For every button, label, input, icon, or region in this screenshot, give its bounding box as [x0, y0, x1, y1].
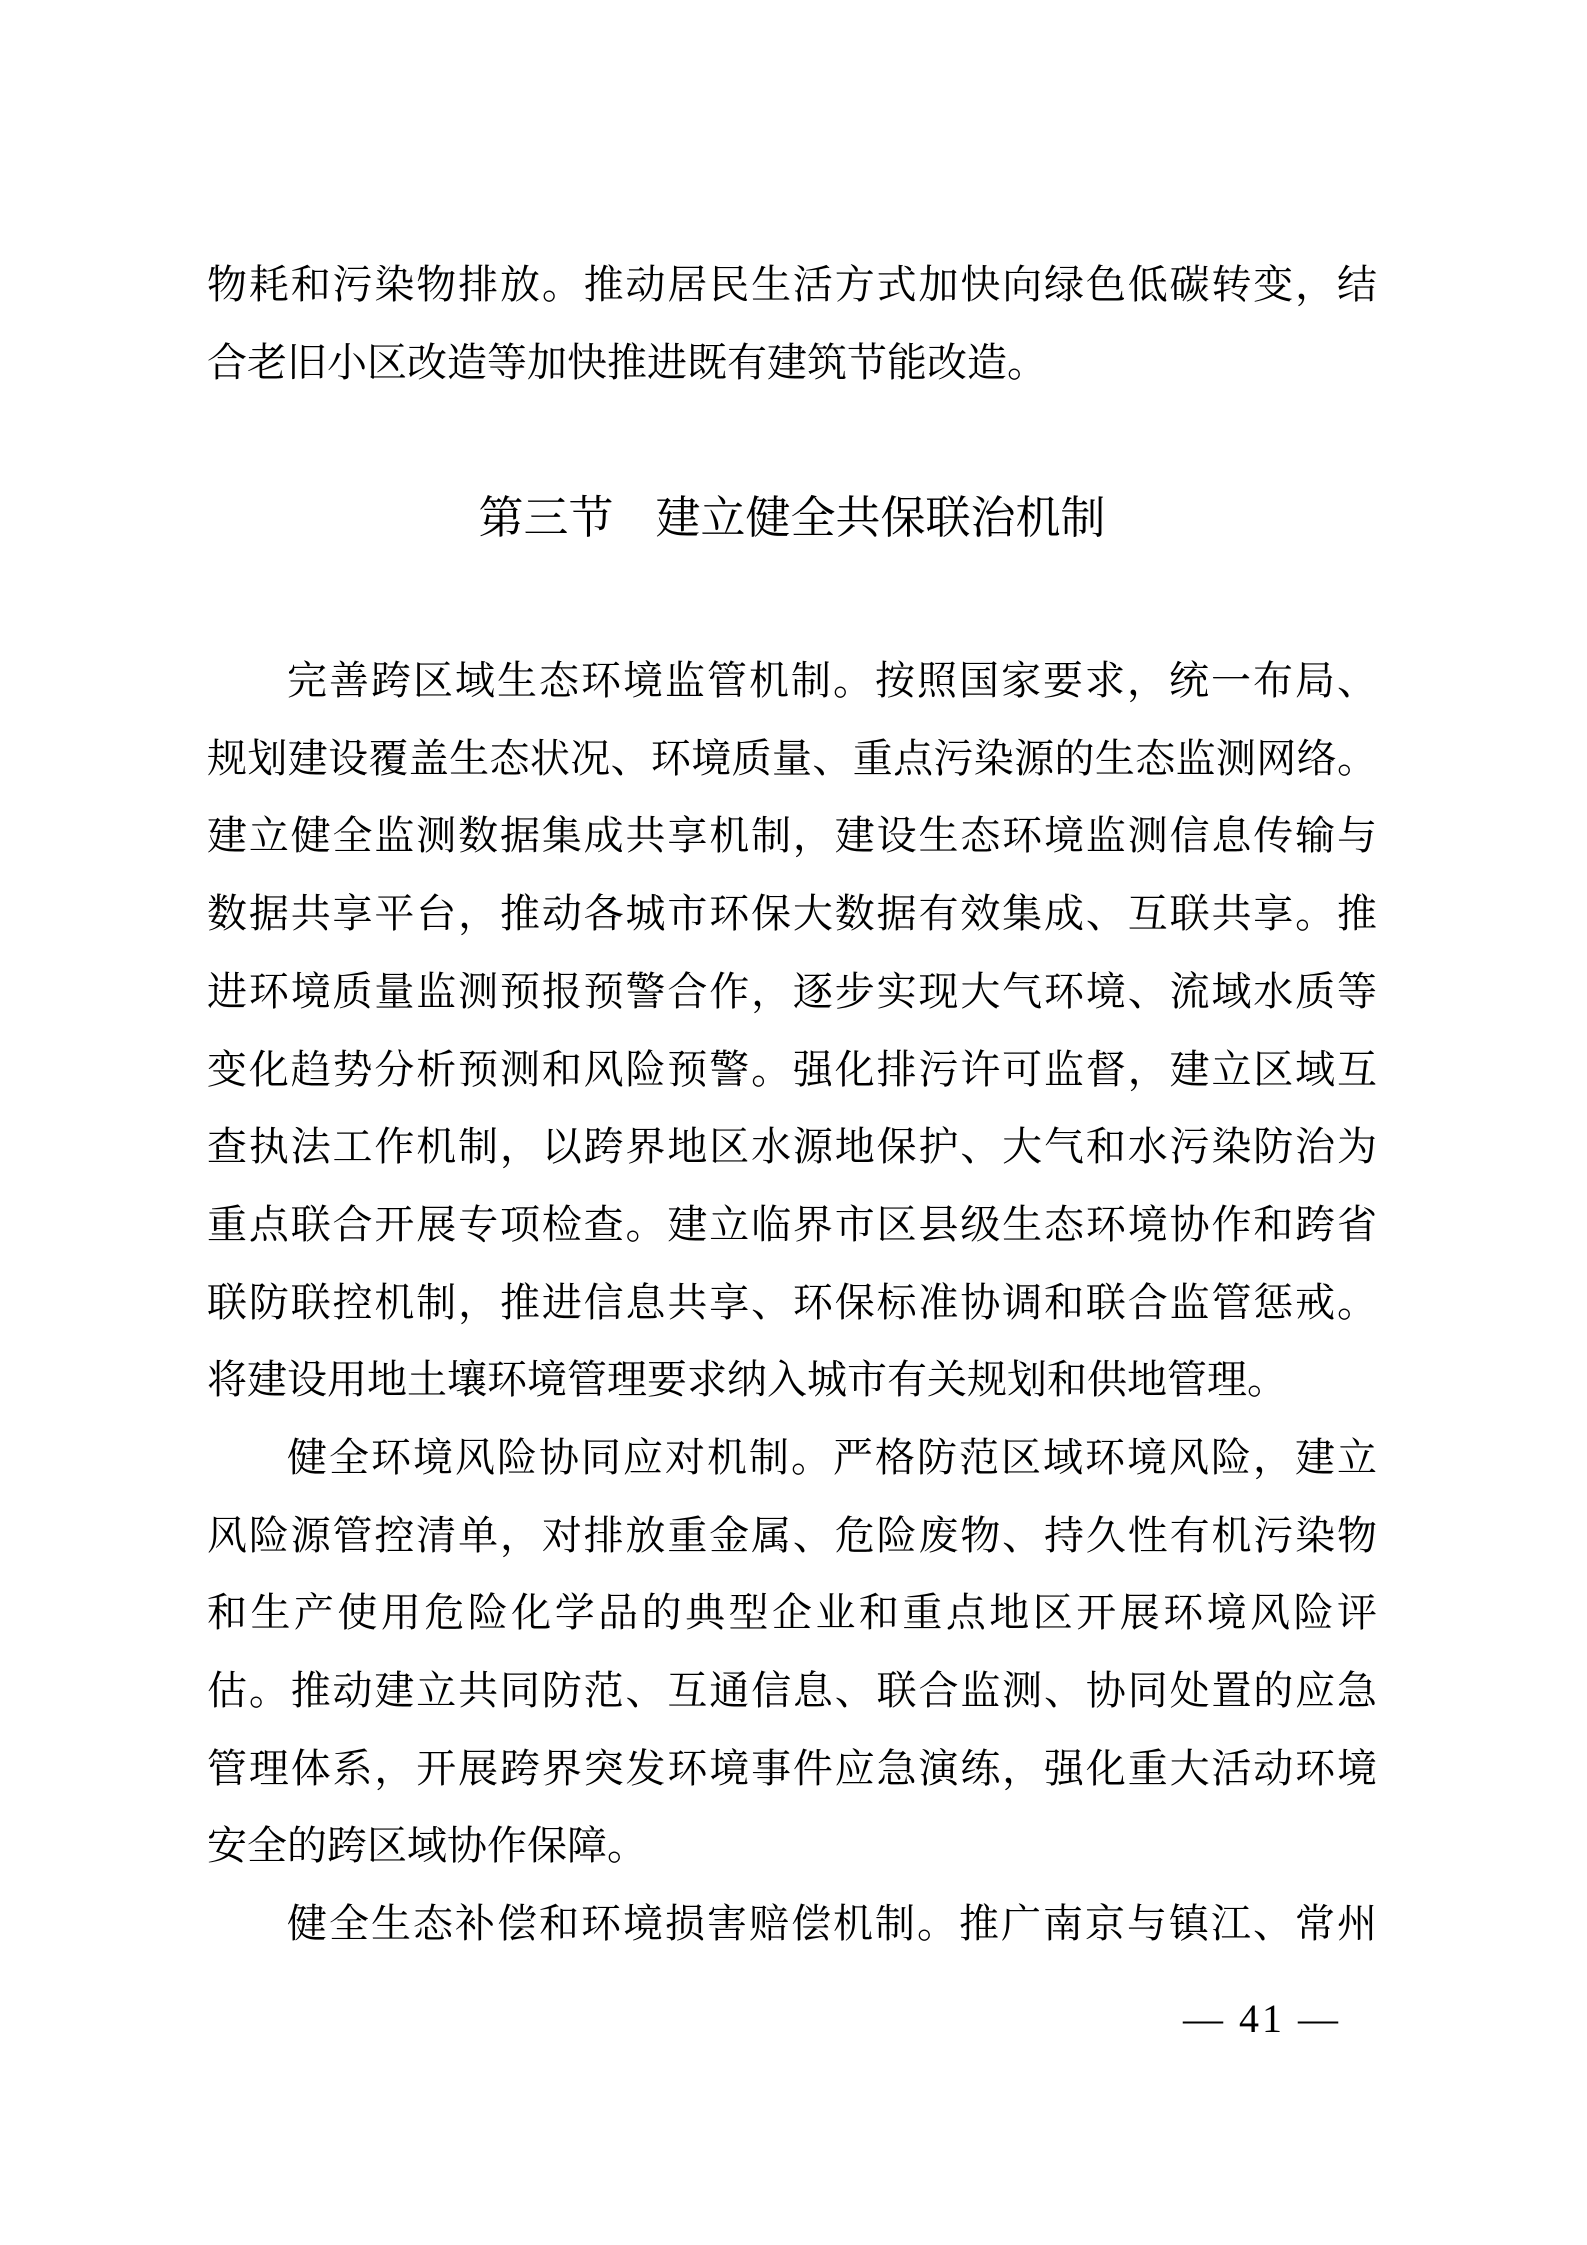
- text-line: 数据共享平台，推动各城市环保大数据有效集成、互联共享。推: [207, 875, 1377, 953]
- paragraph-continuation: 物耗和污染物排放。推动居民生活方式加快向绿色低碳转变，结 合老旧小区改造等加快推…: [207, 246, 1377, 401]
- text-line: 重点联合开展专项检查。建立临界市区县级生态环境协作和跨省: [207, 1186, 1377, 1264]
- text-line: 合老旧小区改造等加快推进既有建筑节能改造。: [207, 324, 1377, 402]
- text-line: 变化趋势分析预测和风险预警。强化排污许可监督，建立区域互: [207, 1031, 1377, 1109]
- page-number: — 41 —: [1183, 1992, 1341, 2046]
- text-line: 规划建设覆盖生态状况、环境质量、重点污染源的生态监测网络。: [207, 720, 1377, 798]
- text-line: 将建设用地土壤环境管理要求纳入城市有关规划和供地管理。: [207, 1341, 1377, 1419]
- section-number: 第三节: [478, 493, 613, 543]
- text-line: 管理体系，开展跨界突发环境事件应急演练，强化重大活动环境: [207, 1730, 1377, 1808]
- page-body-text: 物耗和污染物排放。推动居民生活方式加快向绿色低碳转变，结 合老旧小区改造等加快推…: [207, 246, 1377, 1963]
- paragraph-eco-compensation: 健全生态补偿和环境损害赔偿机制。推广南京与镇江、常州: [207, 1885, 1377, 1963]
- text-line: 查执法工作机制，以跨界地区水源地保护、大气和水污染防治为: [207, 1108, 1377, 1186]
- text-line: 安全的跨区域协作保障。: [207, 1807, 1377, 1885]
- section-heading: 第三节建立健全共保联治机制: [207, 480, 1377, 558]
- text-line: 进环境质量监测预报预警合作，逐步实现大气环境、流域水质等: [207, 953, 1377, 1031]
- text-line: 物耗和污染物排放。推动居民生活方式加快向绿色低碳转变，结: [207, 246, 1377, 324]
- text-line: 风险源管控清单，对排放重金属、危险废物、持久性有机污染物: [207, 1497, 1377, 1575]
- paragraph-risk-response: 健全环境风险协同应对机制。严格防范区域环境风险，建立 风险源管控清单，对排放重金…: [207, 1419, 1377, 1885]
- text-line: 估。推动建立共同防范、互通信息、联合监测、协同处置的应急: [207, 1652, 1377, 1730]
- text-line: 健全环境风险协同应对机制。严格防范区域环境风险，建立: [207, 1419, 1377, 1497]
- text-line: 完善跨区域生态环境监管机制。按照国家要求，统一布局、: [207, 642, 1377, 720]
- text-line: 联防联控机制，推进信息共享、环保标准协调和联合监管惩戒。: [207, 1264, 1377, 1342]
- section-title: 建立健全共保联治机制: [656, 493, 1106, 543]
- text-line: 和生产使用危险化学品的典型企业和重点地区开展环境风险评: [207, 1574, 1377, 1652]
- text-line: 建立健全监测数据集成共享机制，建设生态环境监测信息传输与: [207, 797, 1377, 875]
- document-page: 物耗和污染物排放。推动居民生活方式加快向绿色低碳转变，结 合老旧小区改造等加快推…: [0, 0, 1587, 2245]
- paragraph-regional-supervision: 完善跨区域生态环境监管机制。按照国家要求，统一布局、 规划建设覆盖生态状况、环境…: [207, 642, 1377, 1419]
- text-line: 健全生态补偿和环境损害赔偿机制。推广南京与镇江、常州: [207, 1885, 1377, 1963]
